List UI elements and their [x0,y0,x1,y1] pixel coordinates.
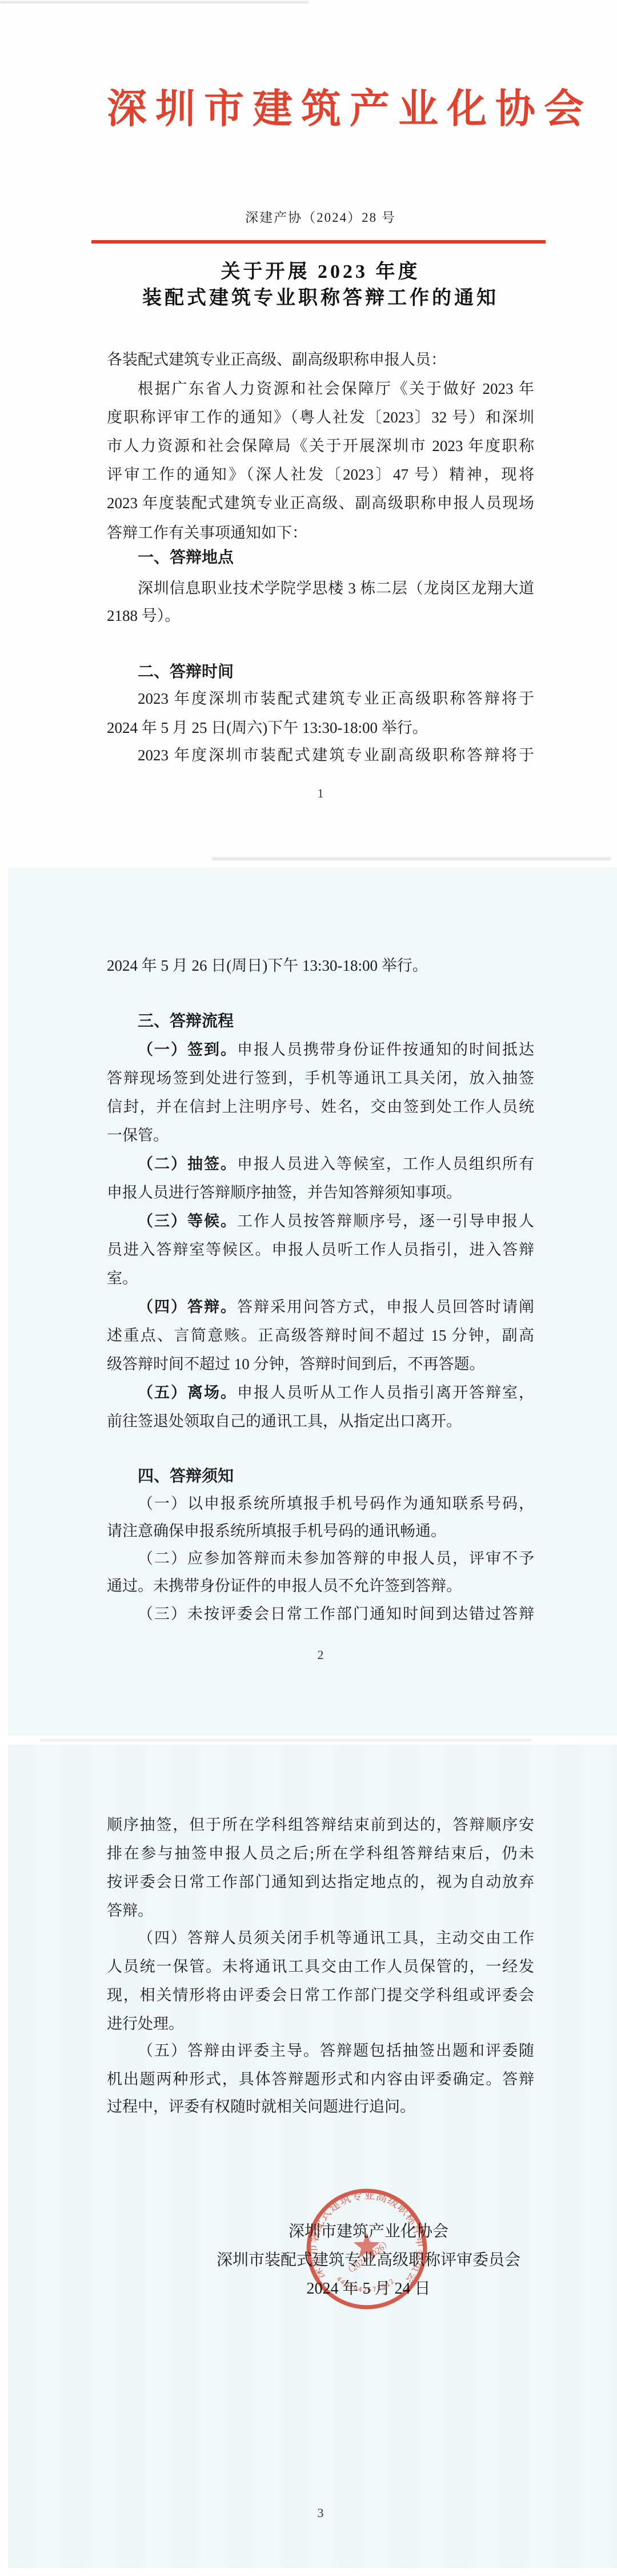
step-label: （三）等候。 [138,1213,237,1230]
body-line: 排在参与抽签申报人员之后;所在学科组答辩结束后，仍未 [107,1844,534,1863]
body-line: 2024 年 5 月 25 日(周六)下午 13:30-18:00 举行。 [107,718,534,737]
body-line: 现，相关情形将由评委会日常工作部门提交学科组或评委会 [107,1985,534,2005]
scan-artifact [40,1739,531,1741]
seal-serial-container: 4403042572912 [335,2275,396,2294]
step-text: 工作人员按答辩顺序号，逐一引导申报人 [237,1213,534,1230]
body-line: 顺序抽签，但于所在学科组答辩结束前到达的，答辩顺序安 [107,1815,534,1835]
body-line: （四）答辩。答辩采用问答方式，申报人员回答时请阐 [107,1297,534,1317]
body-line: 前往签退处领取自己的通讯工具，从指定出口离开。 [107,1411,534,1431]
body-line: （一）签到。申报人员携带身份证件按通知的时间抵达 [107,1040,534,1060]
notice-title-line2: 装配式建筑专业职称答辩工作的通知 [107,287,534,310]
section-heading-procedure: 三、答辩流程 [107,1011,534,1031]
body-line: （五）答辩由评委主导。答辩题包括抽签出题和评委随 [107,2041,534,2060]
association-name: 深圳市建筑产业化协会 [107,86,534,134]
body-line: 员进入答辩室等候区。申报人员听工作人员指引，进入答辩 [107,1240,534,1259]
body-line: 答辩工作有关事项通知如下： [107,523,534,543]
step-text: 申报人员携带身份证件按通知的时间抵达 [237,1041,534,1058]
step-text: 申报人员进入等候室，工作人员组织所有 [237,1155,534,1173]
body-line: 2023 年度装配式建筑专业正高级、副高级职称申报人员现场 [107,493,534,513]
step-label: （二）抽签。 [138,1155,237,1173]
official-seal: 深圳市装配式建筑专业高级职称评审委员会 （2024-2026） 44030425… [303,2185,431,2313]
body-line: 申报人员进行答辩顺序抽签，并告知答辩须知事项。 [107,1183,534,1202]
step-label: （四）答辩。 [138,1298,237,1316]
red-divider [91,240,546,244]
body-line: 室。 [107,1269,534,1288]
notice-title-line1: 关于开展 2023 年度 [107,261,534,284]
step-label: （一）签到。 [138,1041,237,1059]
body-line: 信封，并在信封上注明序号、姓名，交由签到处工作人员统 [107,1097,534,1116]
section-heading-time: 二、答辩时间 [107,662,534,681]
body-line: 市人力资源和社会保障局《关于开展深圳市 2023 年度职称 [107,436,534,456]
body-line: （三）等候。工作人员按答辩顺序号，逐一引导申报人 [107,1211,534,1231]
section-heading-venue: 一、答辩地点 [107,548,534,567]
body-line: （四）答辩人员须关闭手机等通讯工具，主动交由工作 [107,1928,534,1948]
body-line: 进行处理。 [107,2014,534,2033]
body-line: 过程中，评委有权随时就相关问题进行追问。 [107,2097,534,2116]
body-line: 度职称评审工作的通知》（粤人社发〔2023〕32 号）和深圳 [107,408,534,427]
body-line: 各装配式建筑专业正高级、副高级职称申报人员： [107,350,534,369]
page-number-3: 3 [107,2506,534,2521]
body-line: （二）抽签。申报人员进入等候室，工作人员组织所有 [107,1154,534,1174]
body-line: 2023 年度深圳市装配式建筑专业正高级职称答辩将于 [107,689,534,708]
page-number-2: 2 [107,1648,534,1662]
page-3 [8,1745,617,2568]
body-line: 2024 年 5 月 26 日(周日)下午 13:30-18:00 举行。 [107,956,534,975]
page-number-1: 1 [107,786,534,801]
seal-serial: 4403042572912 [335,2275,396,2294]
body-line: （二）应参加答辩而未参加答辩的申报人员，评审不予 [107,1549,534,1568]
body-line: 评审工作的通知》（深人社发〔2023〕47 号）精神，现将 [107,465,534,484]
body-line: 请注意确保申报系统所填报手机号码的通讯畅通。 [107,1521,534,1541]
body-line: 答辩。 [107,1901,534,1920]
body-line: 机出题两种形式，具体答辩题形式和内容由评委确定。答辩 [107,2069,534,2089]
body-line: 按评委会日常工作部门通知到达指定地点的，视为自动放弃 [107,1872,534,1892]
step-text: 答辩采用问答方式，申报人员回答时请阐 [237,1298,534,1315]
step-label: （五）离场。 [138,1384,237,1402]
doc-number: 深建产协（2024）28 号 [107,207,534,226]
body-line: 述重点、言简意赅。正高级答辩时间不超过 15 分钟，副高 [107,1326,534,1345]
body-line: 人员统一保管。未将通讯工具交由工作人员保管的，一经发 [107,1957,534,1976]
body-line: 2188 号）。 [107,606,534,625]
body-line: 级答辩时间不超过 10 分钟，答辩时间到后，不再答题。 [107,1354,534,1374]
step-text: 申报人员听从工作人员指引离开答辩室， [237,1384,534,1401]
body-line: 答辩现场签到处进行签到，手机等通讯工具关闭，放入抽签 [107,1068,534,1088]
body-line: 通过。未携带身份证件的申报人员不允许签到答辩。 [107,1576,534,1596]
body-line: 根据广东省人力资源和社会保障厅《关于做好 2023 年 [107,379,534,398]
body-line: 一保管。 [107,1126,534,1145]
body-line: 深圳信息职业技术学院学思楼 3 栋二层（龙岗区龙翔大道 [107,579,534,598]
body-line: （五）离场。申报人员听从工作人员指引离开答辩室， [107,1383,534,1403]
body-line: 2023 年度深圳市装配式建筑专业副高级职称答辩将于 [107,745,534,765]
body-line: （三）未按评委会日常工作部门通知时间到达错过答辩 [107,1604,534,1624]
body-line: （一）以申报系统所填报手机号码作为通知联系号码， [107,1494,534,1513]
section-heading-notes: 四、答辩须知 [107,1466,534,1486]
document-scan: 深圳市建筑产业化协会 深建产协（2024）28 号 关于开展 2023 年度 装… [0,0,617,2576]
